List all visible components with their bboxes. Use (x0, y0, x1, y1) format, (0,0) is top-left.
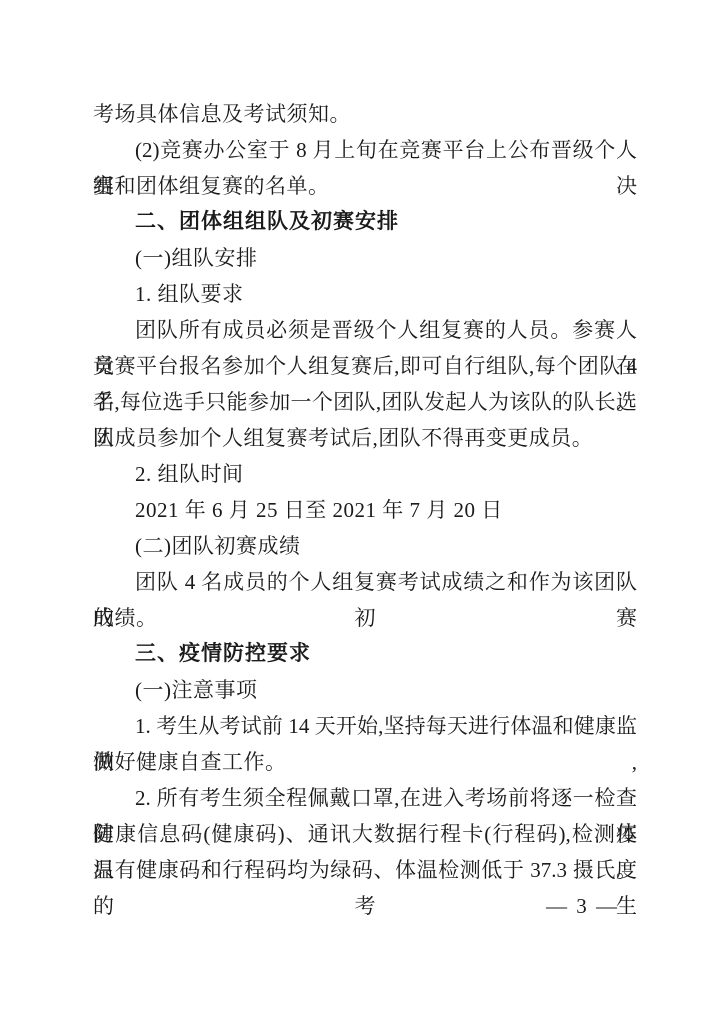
subsection-heading: (二)团队初赛成绩 (93, 528, 637, 564)
text-line: 健康信息码(健康码)、通讯大数据行程卡(行程码),检测体温。 (93, 816, 637, 852)
page-number: — 3 — (93, 888, 637, 924)
subsection-heading: (一)注意事项 (93, 672, 637, 708)
text-line: 1. 考生从考试前 14 天开始,坚持每天进行体温和健康监测, (93, 708, 637, 744)
text-line: 竞赛平台报名参加个人组复赛后,即可自行组队,每个团队 4 名选 (93, 348, 637, 384)
document-page: 考场具体信息及考试须知。 (2)竞赛办公室于 8 月上旬在竞赛平台上公布晋级个人… (0, 0, 723, 1024)
numbered-item-heading: 1. 组队要求 (93, 276, 637, 312)
numbered-item-heading: 2. 组队时间 (93, 456, 637, 492)
date-range-line: 2021 年 6 月 25 日至 2021 年 7 月 20 日 (93, 492, 637, 528)
text-line: (2)竞赛办公室于 8 月上旬在竞赛平台上公布晋级个人组决 (93, 132, 637, 168)
section-heading-3: 三、疫情防控要求 (93, 636, 637, 672)
text-line: 手,每位选手只能参加一个团队,团队发起人为该队的队长。团 (93, 384, 637, 420)
text-line: 团队 4 名成员的个人组复赛考试成绩之和作为该团队的初赛 (93, 564, 637, 600)
subsection-heading: (一)组队安排 (93, 240, 637, 276)
text-line: 考场具体信息及考试须知。 (93, 96, 637, 132)
text-line: 2. 所有考生须全程佩戴口罩,在进入考场前将逐一检查防疫 (93, 780, 637, 816)
text-line: 只有健康码和行程码均为绿码、体温检测低于 37.3 摄氏度的考生 (93, 852, 637, 888)
text-line: 团队所有成员必须是晋级个人组复赛的人员。参赛人员在 (93, 312, 637, 348)
document-body: 考场具体信息及考试须知。 (2)竞赛办公室于 8 月上旬在竞赛平台上公布晋级个人… (93, 96, 637, 888)
text-line: 队成员参加个人组复赛考试后,团队不得再变更成员。 (93, 420, 637, 456)
section-heading-2: 二、团体组组队及初赛安排 (93, 204, 637, 240)
